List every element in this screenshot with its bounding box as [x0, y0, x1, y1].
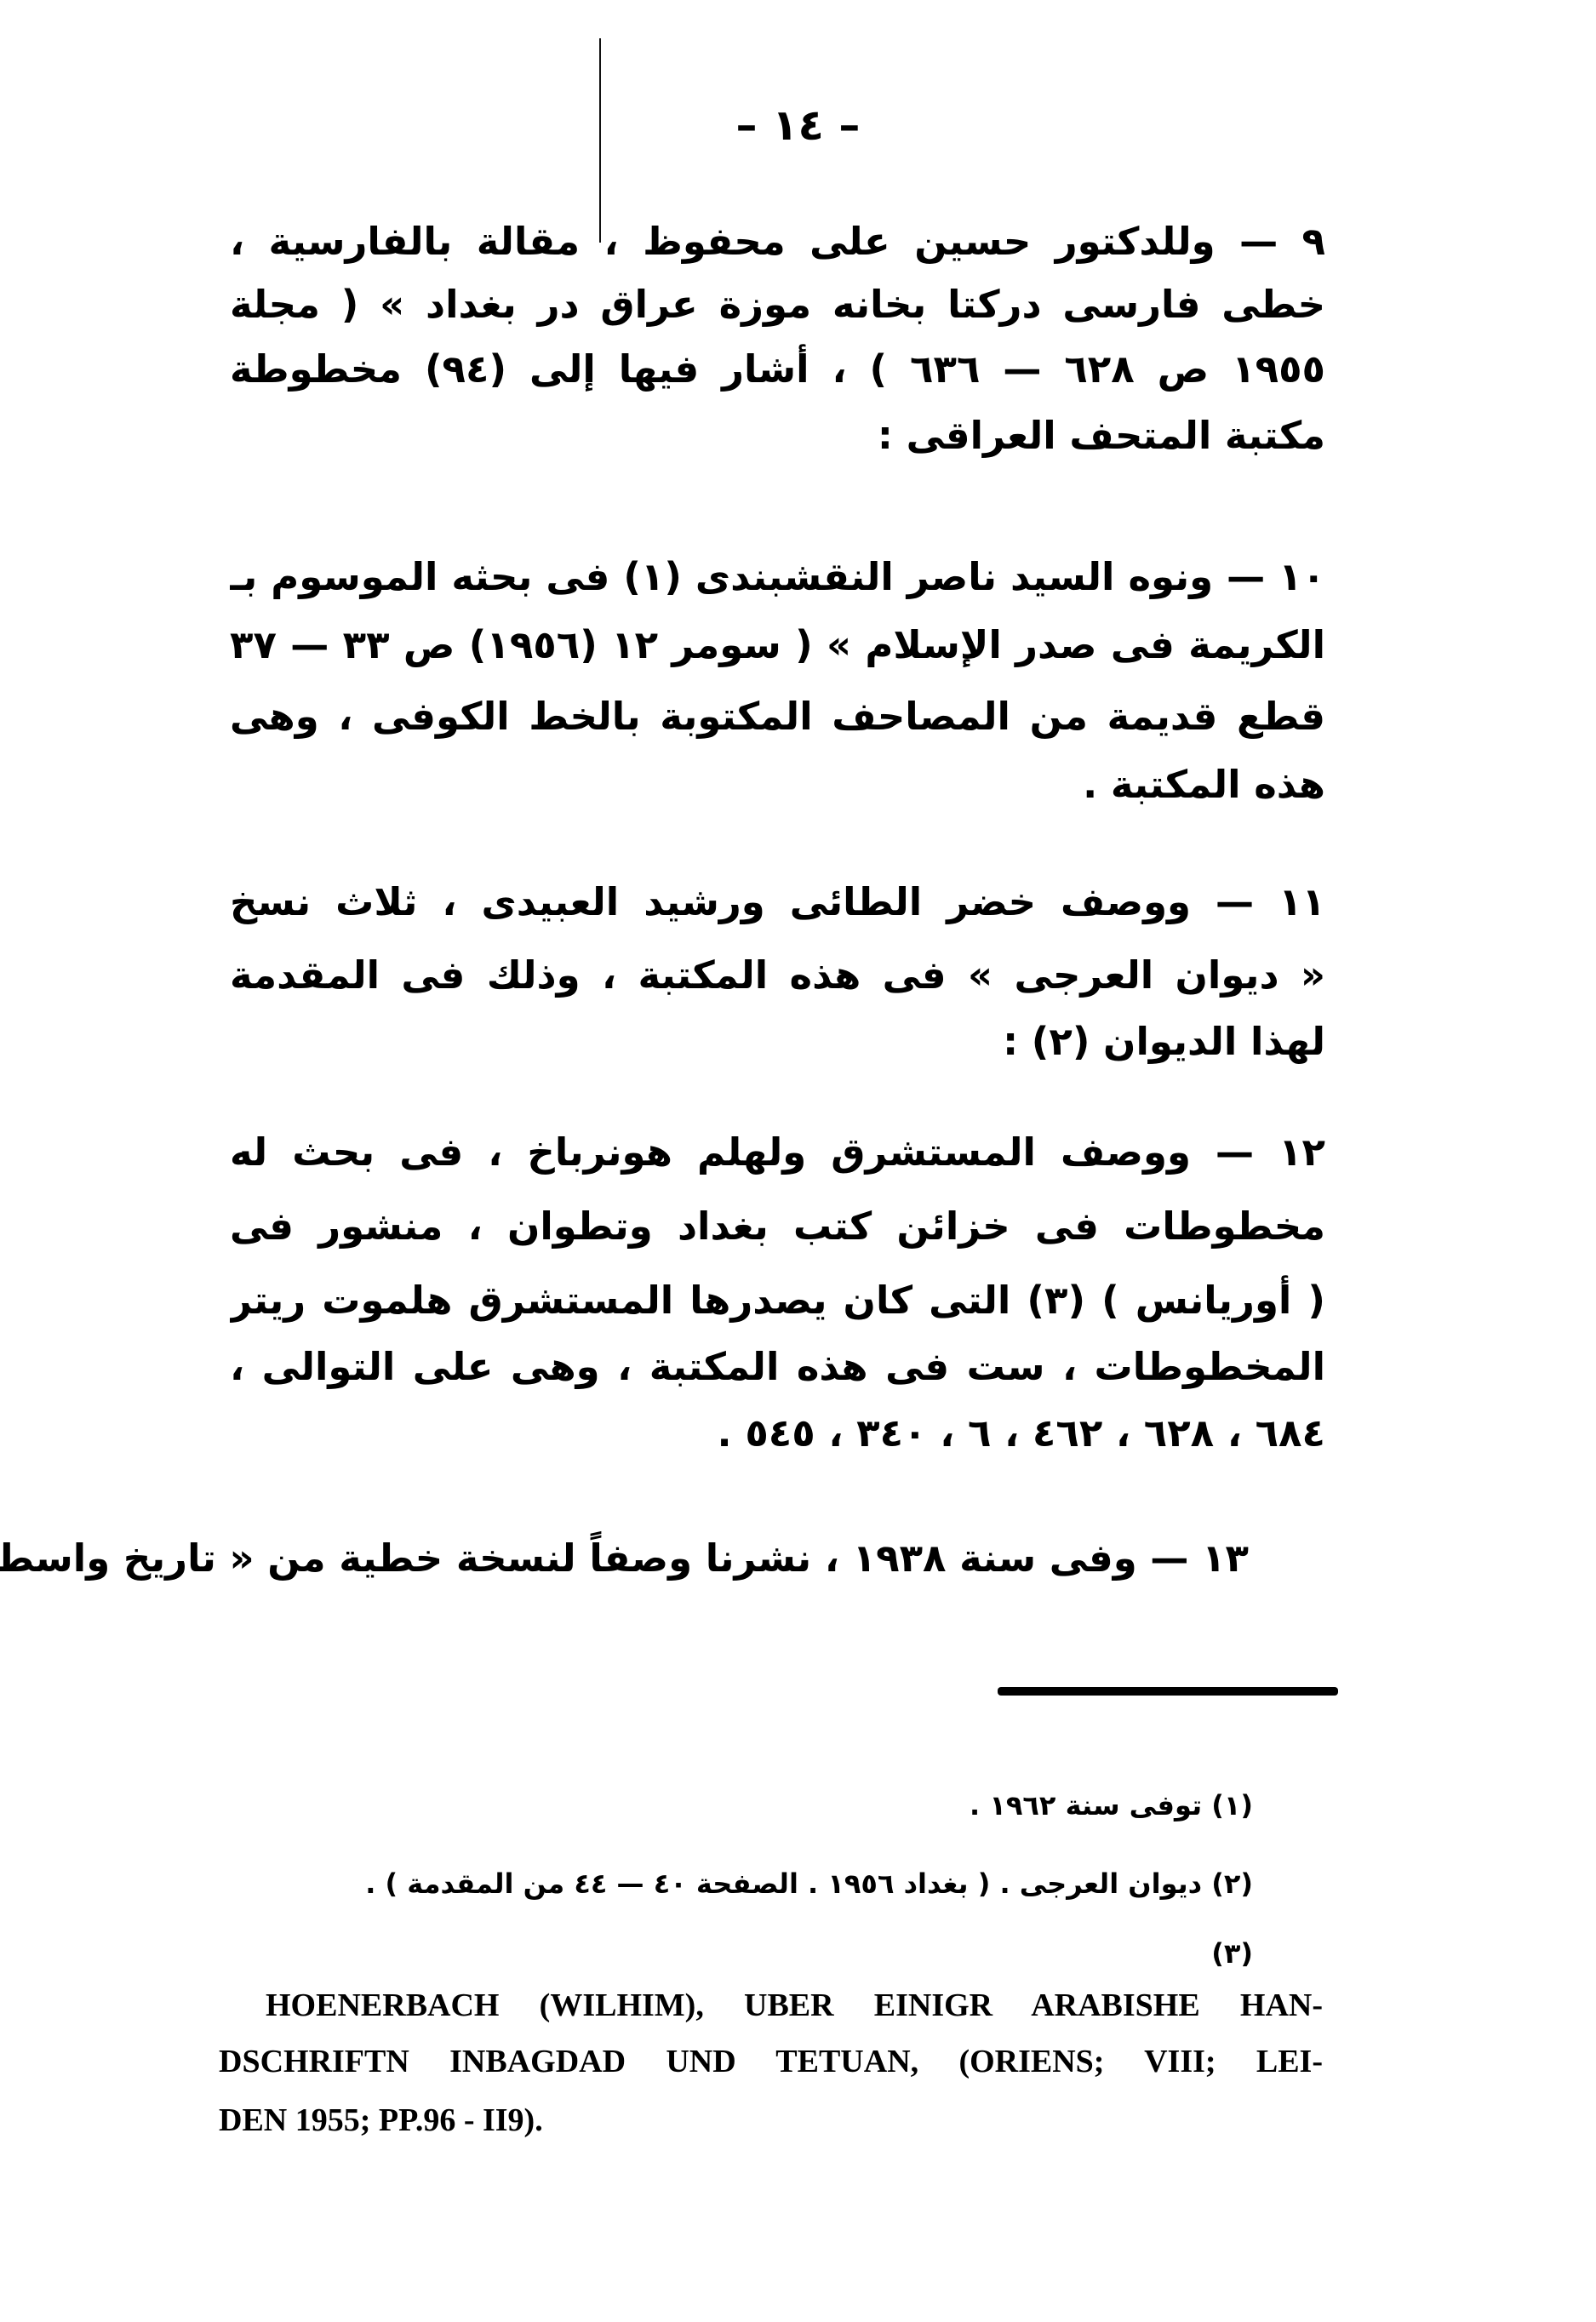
text-line: ٦٨٤ ، ٦٢٨ ، ٤٦٢ ، ٦ ، ٣٤٠ ، ٥٤٥ .: [230, 1408, 1325, 1459]
text-line: « ديوان العرجى » فى هذه المكتبة ، وذلك ف…: [230, 950, 1325, 1001]
text-line: قطع قديمة من المصاحف المكتوبة بالخط الكو…: [230, 691, 1325, 742]
footnote-separator: [998, 1687, 1338, 1696]
text-line: المخطوطات ، ست فى هذه المكتبة ، وهى على …: [230, 1341, 1325, 1393]
text-line: ٩ — وللدكتور حسين على محفوظ ، مقالة بالف…: [230, 216, 1325, 267]
text-line: مكتبة المتحف العراقى :: [230, 410, 1325, 461]
page-number: – ١٤ –: [0, 100, 1596, 150]
text-line: ١٩٥٥ ص ٦٢٨ — ٦٣٦ ) ، أشار فيها إلى (٩٤) …: [230, 344, 1325, 395]
text-line: هذه المكتبة .: [230, 759, 1325, 810]
reference-line: DSCHRIFTN INBAGDAD UND TETUAN, (ORIENS; …: [219, 2040, 1323, 2083]
text-line: ١٣ — وفى سنة ١٩٣٨ ، نشرنا وصفاً لنسخة خط…: [255, 1533, 1249, 1584]
footnote-2: (٢) ديوان العرجى . ( بغداد ١٩٥٦ . الصفحة…: [255, 1865, 1253, 1902]
text-line: ( أوريانس ) (٣) التى كان يصدرها المستشرق…: [230, 1275, 1325, 1326]
reference-line: DEN 1955; PP.96 - II9).: [219, 2099, 1323, 2142]
text-line: لهذا الديوان (٢) :: [230, 1016, 1325, 1067]
text-line: الكريمة فى صدر الإسلام » ( سومر ١٢ (١٩٥٦…: [230, 620, 1325, 671]
text-line: خطى فارسى دركتا بخانه موزة عراق در بغداد…: [230, 279, 1325, 330]
text-line: ١١ — ووصف خضر الطائى ورشيد العبيدى ، ثلا…: [230, 877, 1325, 928]
text-line: مخطوطات فى خزائن كتب بغداد وتطوان ، منشو…: [230, 1201, 1325, 1252]
text-line: ١٢ — ووصف المستشرق ولهلم هونرباخ ، فى بح…: [230, 1127, 1325, 1178]
text-line: ١٠ — ونوه السيد ناصر النقشبندى (١) فى بح…: [230, 552, 1325, 603]
scanned-page: – ١٤ – ٩ — وللدكتور حسين على محفوظ ، مقا…: [0, 0, 1596, 2322]
footnote-1: (١) توفى سنة ١٩٦٢ .: [255, 1787, 1253, 1824]
reference-line: HOENERBACH (WILHIM), UBER EINIGR ARABISH…: [266, 1984, 1323, 2027]
footnote-3-marker: (٣): [255, 1935, 1253, 1972]
